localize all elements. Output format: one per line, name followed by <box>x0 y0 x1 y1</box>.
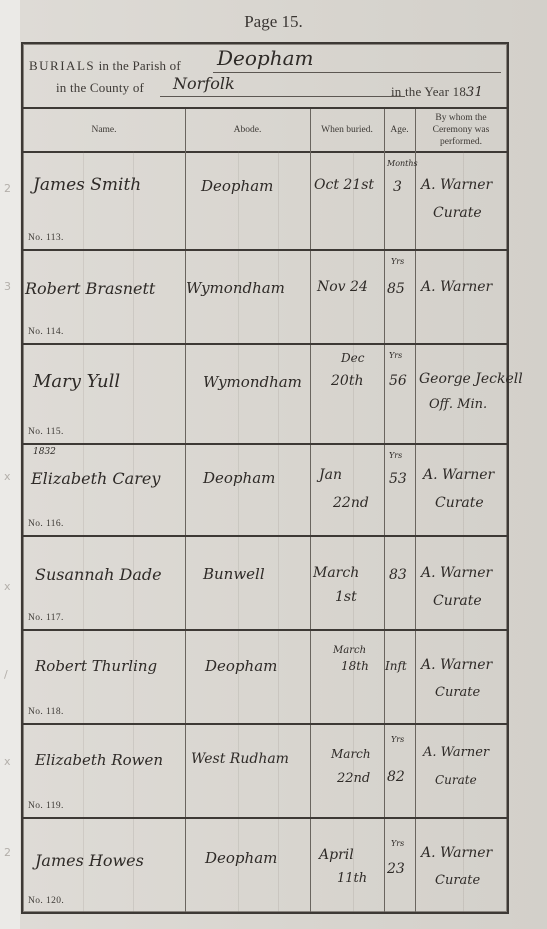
entry-age-unit: Yrs <box>391 735 404 744</box>
entry-age: 23 <box>387 861 405 877</box>
burial-entry: Susannah Dade Bunwell March 1st 83 A. Wa… <box>23 537 507 631</box>
burial-entry: Elizabeth Rowen West Rudham March 22nd Y… <box>23 725 507 819</box>
burials-title: BURIALS <box>29 58 95 73</box>
entry-age-unit: Yrs <box>389 351 402 360</box>
burial-entry: 1832 Elizabeth Carey Deopham Jan 22nd Yr… <box>23 445 507 537</box>
entry-officiant: A. Warner <box>423 745 489 760</box>
entry-number: No. 118. <box>28 707 64 717</box>
entry-number: No. 119. <box>28 801 64 811</box>
entry-when-month: April <box>319 847 354 863</box>
left-page-margin: 2 3 x x / x 2 <box>0 0 20 929</box>
column-header-ceremony: By whom the Ceremony was performed. <box>415 109 507 151</box>
entry-age: 82 <box>387 769 405 785</box>
entry-age: Inft <box>385 659 407 673</box>
entry-abode: Deopham <box>205 849 277 867</box>
margin-pencil-mark: x <box>4 755 11 768</box>
entry-officiant-title: Off. Min. <box>429 397 487 412</box>
parish-prefix: in the Parish of <box>99 58 181 73</box>
margin-pencil-mark: / <box>4 668 8 681</box>
entry-officiant: A. Warner <box>421 657 492 673</box>
burial-entry: Robert Brasnett Wymondham Nov 24 Yrs 85 … <box>23 251 507 345</box>
year-prefix: in the Year 18 <box>391 84 466 99</box>
entry-number: No. 120. <box>28 896 64 906</box>
entry-abode: West Rudham <box>191 751 289 767</box>
column-header-row: Name. Abode. When buried. Age. By whom t… <box>23 109 507 153</box>
entry-name: Elizabeth Carey <box>31 469 160 488</box>
entry-when-month: March <box>313 565 359 581</box>
entry-abode: Deopham <box>205 657 277 675</box>
entry-when-buried: Oct 21st <box>314 177 374 193</box>
entry-age: 85 <box>387 281 405 297</box>
year-suffix: 31 <box>466 85 483 100</box>
entry-age-unit: Yrs <box>391 839 404 848</box>
column-header-abode: Abode. <box>185 109 310 151</box>
entry-number: No. 116. <box>28 519 64 529</box>
margin-pencil-mark: 2 <box>4 846 11 859</box>
entry-name: Robert Thurling <box>35 657 157 675</box>
entry-when-buried: Nov 24 <box>317 279 368 295</box>
year-line: in the Year 1831 <box>391 84 483 100</box>
entry-when-day: 22nd <box>333 495 369 511</box>
burial-entry: James Howes Deopham April 11th Yrs 23 A.… <box>23 819 507 912</box>
entry-officiant-title: Curate <box>435 685 480 700</box>
entry-age-unit: Months <box>387 159 418 168</box>
entry-age: 83 <box>389 567 407 583</box>
parish-line: BURIALS in the Parish of <box>29 58 181 74</box>
entry-officiant-title: Curate <box>435 873 480 888</box>
entry-officiant: A. Warner <box>421 177 492 193</box>
entry-officiant: A. Warner <box>421 565 492 581</box>
entry-age: 53 <box>389 471 407 487</box>
entry-when-day: 1st <box>335 589 357 605</box>
entry-when-month: March <box>333 645 366 656</box>
entry-name: James Smith <box>33 175 141 195</box>
entry-when-day: 18th <box>341 659 369 673</box>
entry-number: No. 117. <box>28 613 64 623</box>
parish-value: Deopham <box>217 46 313 70</box>
burial-register-table: BURIALS in the Parish of Deopham in the … <box>21 42 509 914</box>
entry-abode: Wymondham <box>203 373 302 391</box>
county-prefix: in the County of <box>56 80 144 96</box>
entry-abode: Bunwell <box>203 565 265 583</box>
county-value: Norfolk <box>173 74 235 93</box>
burial-entry: Robert Thurling Deopham March 18th Inft … <box>23 631 507 725</box>
entry-name: Robert Brasnett <box>25 279 155 298</box>
entry-abode: Deopham <box>203 469 275 487</box>
entry-name: Mary Yull <box>33 371 120 392</box>
entry-number: No. 114. <box>28 327 64 337</box>
entry-name: Susannah Dade <box>35 565 162 584</box>
entry-age: 3 <box>393 179 402 195</box>
column-header-age: Age. <box>384 109 415 151</box>
column-header-name: Name. <box>23 109 185 151</box>
column-header-when-buried: When buried. <box>310 109 384 151</box>
entry-officiant-title: Curate <box>435 773 477 787</box>
entry-year-note: 1832 <box>33 447 56 457</box>
entry-when-month: Dec <box>341 351 364 365</box>
burial-entry: James Smith Deopham Oct 21st Months 3 A.… <box>23 153 507 251</box>
entry-when-day: 20th <box>331 373 363 389</box>
county-fill-line <box>160 96 405 97</box>
entry-officiant: A. Warner <box>421 279 492 295</box>
entry-when-day: 11th <box>337 871 367 886</box>
margin-pencil-mark: 3 <box>4 280 11 293</box>
entry-name: Elizabeth Rowen <box>35 751 163 769</box>
page-number: Page 15. <box>0 12 547 32</box>
entry-when-month: Jan <box>319 467 342 483</box>
entry-officiant: George Jeckell <box>419 371 523 387</box>
entry-number: No. 115. <box>28 427 64 437</box>
entry-officiant-title: Curate <box>433 205 482 221</box>
entry-officiant-title: Curate <box>435 495 484 511</box>
entry-number: No. 113. <box>28 233 64 243</box>
burial-entry: Mary Yull Wymondham Dec 20th Yrs 56 Geor… <box>23 345 507 445</box>
entry-when-month: March <box>331 747 371 761</box>
entry-name: James Howes <box>35 851 144 870</box>
margin-pencil-mark: x <box>4 580 11 593</box>
entry-when-day: 22nd <box>337 771 370 786</box>
parish-fill-line <box>213 72 501 73</box>
entry-officiant: A. Warner <box>423 467 494 483</box>
entry-age-unit: Yrs <box>391 257 404 266</box>
margin-pencil-mark: 2 <box>4 182 11 195</box>
entry-officiant-title: Curate <box>433 593 482 609</box>
entry-age: 56 <box>389 373 407 389</box>
register-header: BURIALS in the Parish of Deopham in the … <box>23 44 507 109</box>
entry-age-unit: Yrs <box>389 451 402 460</box>
entry-abode: Deopham <box>201 177 273 195</box>
entry-abode: Wymondham <box>186 279 285 297</box>
register-page-scan: 2 3 x x / x 2 Page 15. BURIALS in the Pa… <box>0 0 547 929</box>
margin-pencil-mark: x <box>4 470 11 483</box>
entry-officiant: A. Warner <box>421 845 492 861</box>
